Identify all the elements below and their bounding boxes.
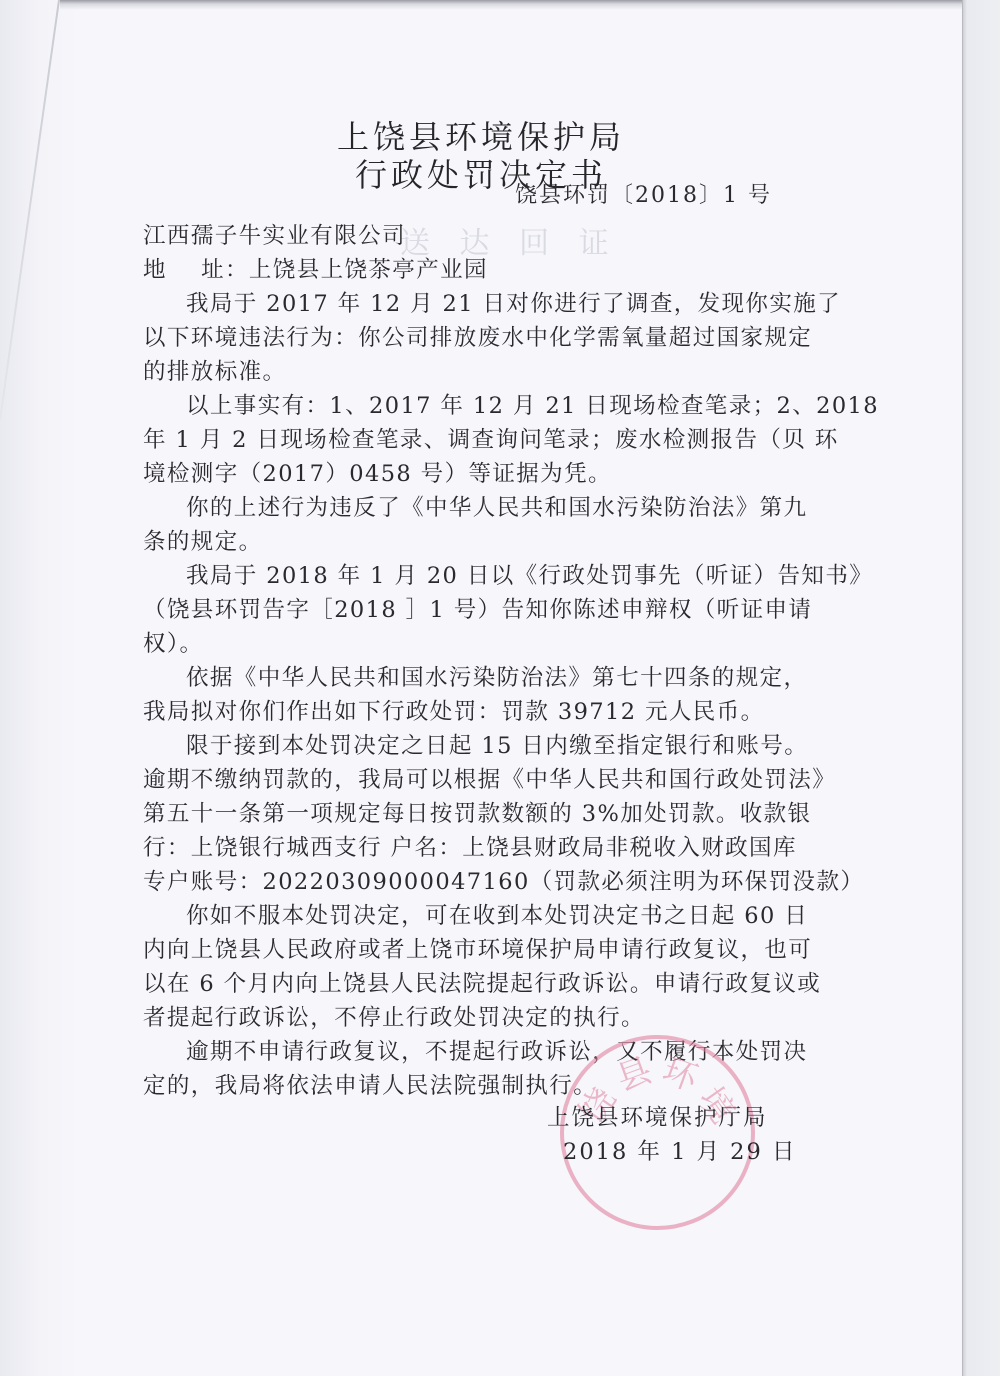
body-line: 内向上饶县人民政府或者上饶市环境保护局申请行政复议，也可 bbox=[143, 932, 812, 964]
stamp-char: 县 bbox=[609, 1043, 658, 1101]
body-line: 逾期不缴纳罚款的，我局可以根据《中华人民共和国行政处罚法》 bbox=[143, 762, 836, 794]
body-line: 以上事实有：1、2017 年 12 月 21 日现场检查笔录；2、2018 bbox=[186, 388, 879, 420]
document-number: 饶县环罚〔2018〕1 号 bbox=[515, 178, 772, 209]
signature-organization: 上饶县环境保护厅局 bbox=[547, 1100, 768, 1132]
body-line: 我局于 2017 年 12 月 21 日对你进行了调查，发现你实施了 bbox=[186, 286, 841, 318]
body-line: （饶县环罚告字［2018 ］1 号）告知你陈述申辩权（听证申请 bbox=[143, 592, 812, 624]
document-title-type: 行政处罚决定书 bbox=[0, 150, 962, 196]
recipient-address: 地 址：上饶县上饶茶亭产业园 bbox=[143, 252, 488, 284]
body-line: 以在 6 个月内向上饶县人民法院提起行政诉讼。申请行政复议或 bbox=[143, 966, 821, 998]
body-line: 依据《中华人民共和国水污染防治法》第七十四条的规定， bbox=[186, 660, 807, 692]
body-line: 我局于 2018 年 1 月 20 日以《行政处罚事先（听证）告知书》 bbox=[186, 558, 873, 590]
recipient-name: 江西孺子牛实业有限公司 bbox=[143, 218, 406, 250]
scanner-edge bbox=[962, 0, 1000, 1376]
body-line: 你如不服本处罚决定，可在收到本处罚决定书之日起 60 日 bbox=[186, 898, 808, 930]
body-line: 条的规定。 bbox=[143, 524, 263, 556]
body-line: 你的上述行为违反了《中华人民共和国水污染防治法》第九 bbox=[186, 490, 807, 522]
stamp-char: 环 bbox=[657, 1043, 706, 1101]
body-line-bank: 行：上饶银行城西支行 户名：上饶县财政局非税收入财政国库 bbox=[143, 830, 797, 862]
body-line: 者提起行政诉讼，不停止行政处罚决定的执行。 bbox=[143, 1000, 645, 1032]
scan-top-edge bbox=[60, 0, 962, 10]
body-line: 权）。 bbox=[143, 626, 203, 658]
body-line: 年 1 月 2 日现场检查笔录、调查询问笔录；废水检测报告（贝 环 bbox=[143, 422, 839, 454]
paper-fold-shadow bbox=[0, 0, 80, 1376]
body-line-penalty-amount: 我局拟对你们作出如下行政处罚：罚款 39712 元人民币。 bbox=[143, 694, 764, 726]
body-line: 境检测字（2017）0458 号）等证据为凭。 bbox=[143, 456, 612, 488]
signature-date: 2018 年 1 月 29 日 bbox=[563, 1134, 796, 1166]
body-line: 的排放标准。 bbox=[143, 354, 286, 386]
document-page: 送 达 回 证 上饶县环境保护局 行政处罚决定书 饶县环罚〔2018〕1 号 江… bbox=[0, 0, 962, 1376]
body-line: 以下环境违法行为：你公司排放废水中化学需氧量超过国家规定 bbox=[143, 320, 812, 352]
body-line: 限于接到本处罚决定之日起 15 日内缴至指定银行和账号。 bbox=[186, 728, 808, 760]
body-line: 第五十一条第一项规定每日按罚款数额的 3%加处罚款。收款银 bbox=[143, 796, 811, 828]
body-line-account: 专户账号：20220309000047160（罚款必须注明为环保罚没款） bbox=[143, 864, 864, 896]
official-seal-stamp: 饶 县 环 境 bbox=[560, 1035, 755, 1230]
body-line: 定的，我局将依法申请人民法院强制执行。 bbox=[143, 1068, 597, 1100]
